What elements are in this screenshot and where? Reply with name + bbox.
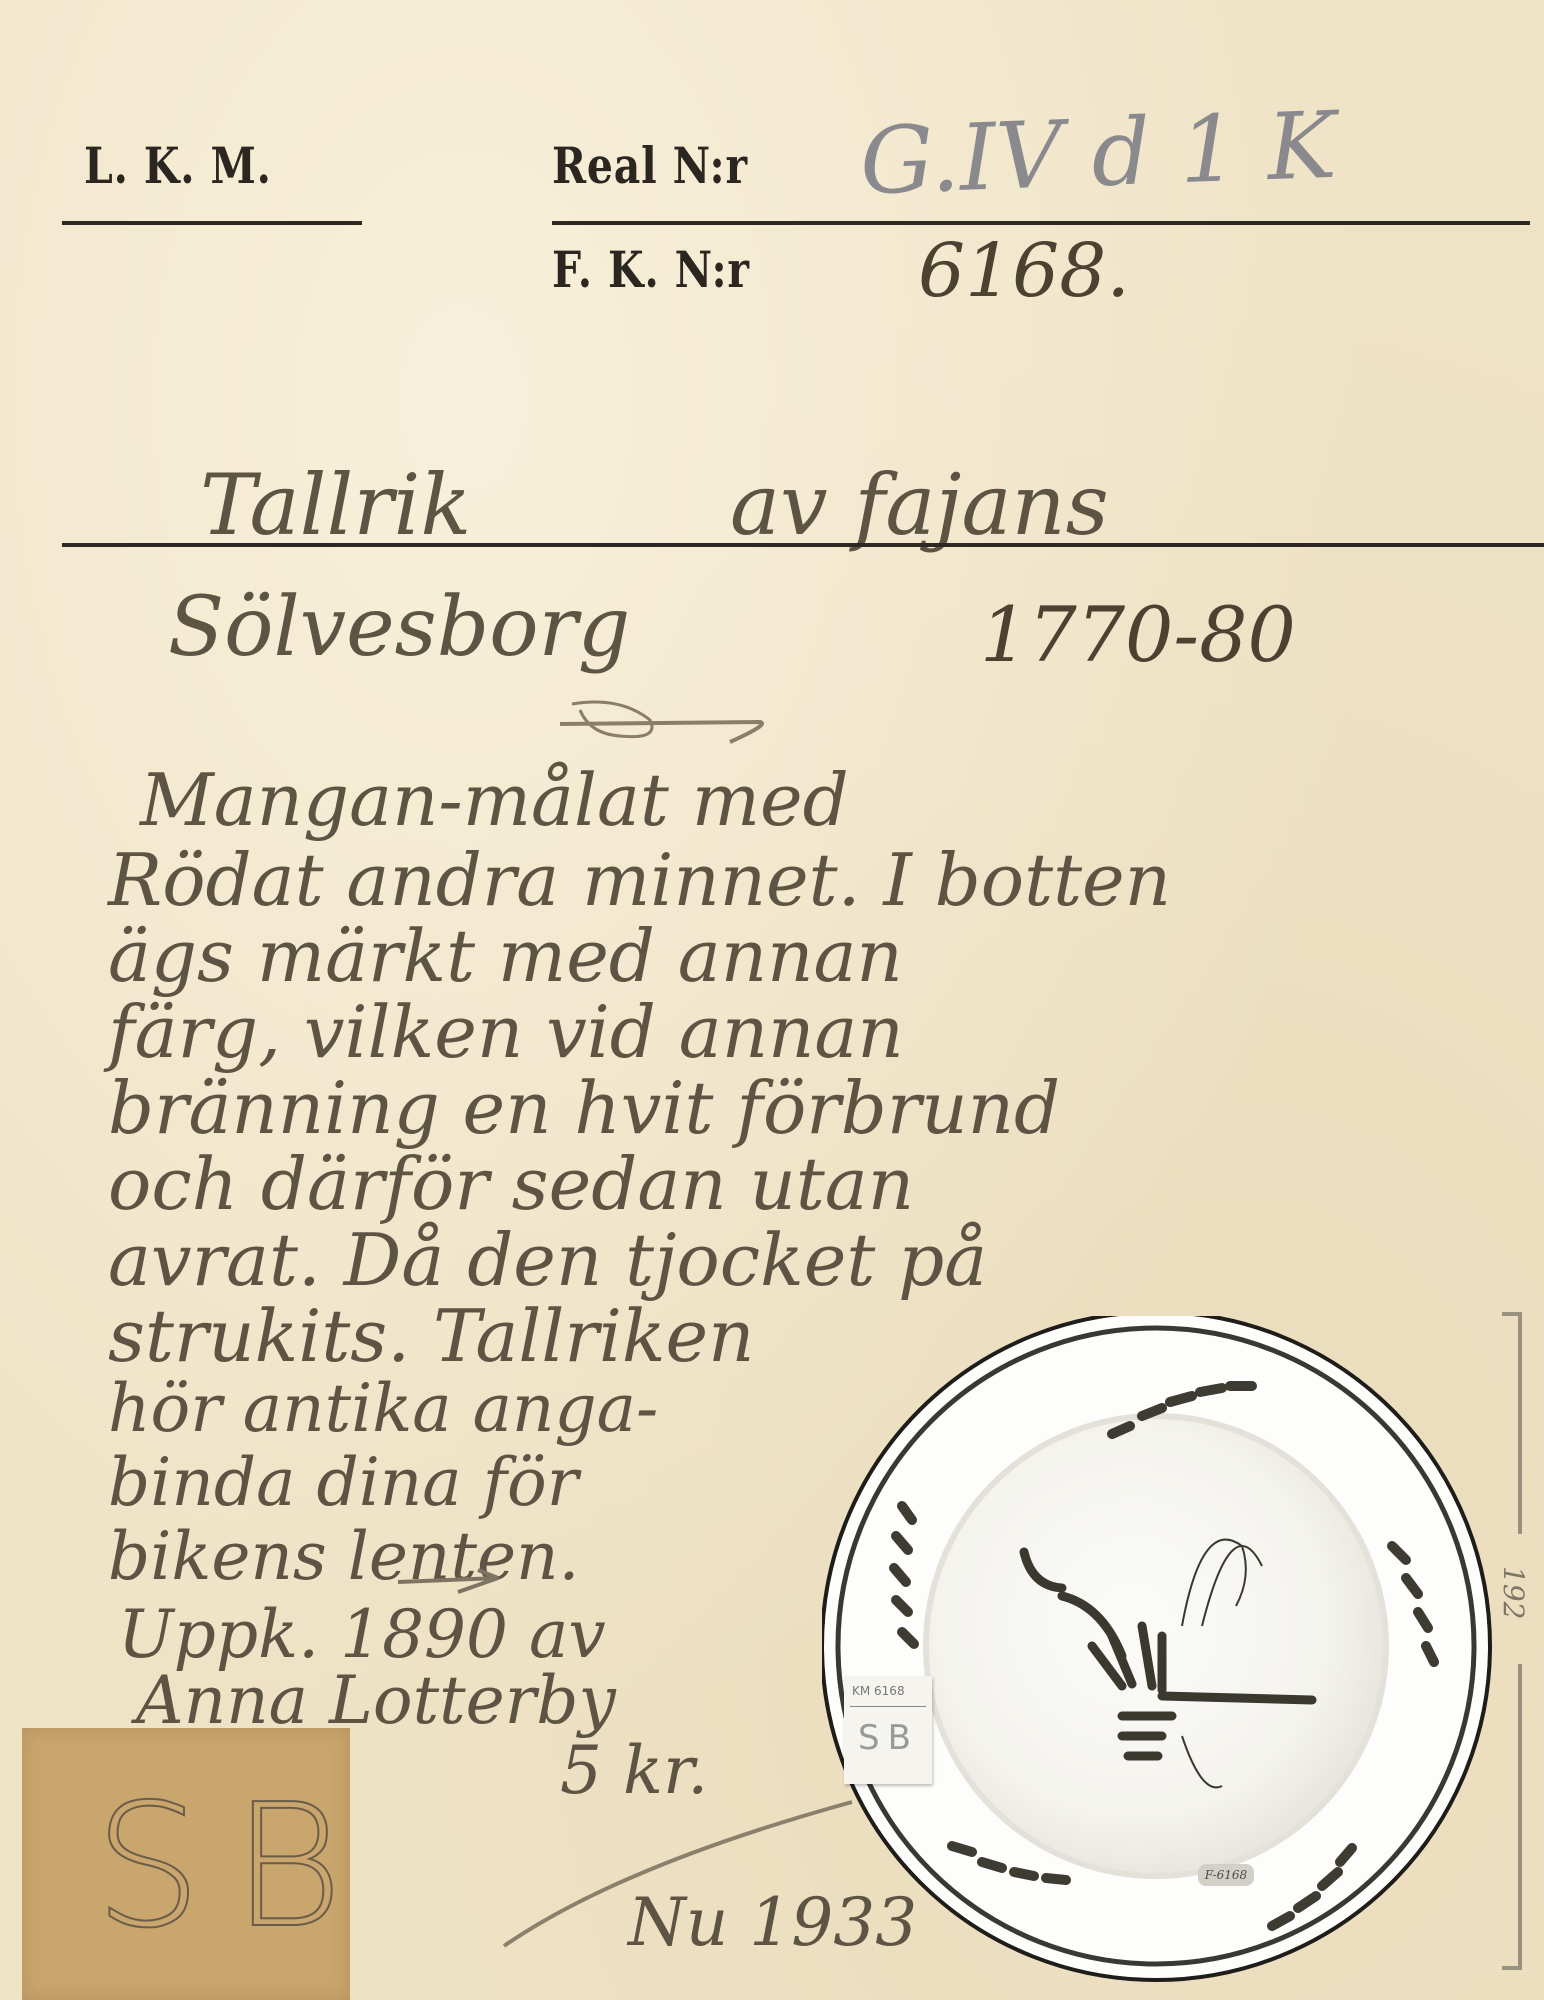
description-line: strukits. Tallriken — [108, 1294, 754, 1378]
institution-label: L. K. M. — [84, 136, 272, 195]
description-line: Rödat andra minnet. I botten — [108, 838, 1171, 922]
institution-rule — [62, 221, 362, 225]
plate-label-number: KM 6168 — [852, 1684, 905, 1698]
origin-place: Sölvesborg — [168, 580, 630, 675]
object-name: Tallrik — [200, 456, 471, 554]
real-nr-value: G.IV d 1 K — [858, 92, 1338, 216]
description-line: färg, vilken vid annan — [108, 990, 904, 1074]
description-line: binda dina för — [108, 1444, 578, 1521]
plate-label-divider — [850, 1706, 926, 1707]
plate-image — [822, 1316, 1522, 1996]
fk-nr-label: F. K. N:r — [552, 240, 750, 299]
description-line: ägs märkt med annan — [108, 914, 903, 998]
description-line: avrat. Då den tjocket på — [108, 1218, 987, 1302]
arrow-flourish-icon — [560, 690, 800, 750]
plate-label-initials: SB — [858, 1718, 919, 1758]
plate-number-label: KM 6168 SB — [844, 1676, 932, 1784]
object-material: av fajans — [730, 456, 1109, 554]
plate-photo: KM 6168 SB F-6168 — [822, 1316, 1522, 1996]
bracket-line — [1500, 1308, 1530, 1988]
real-nr-rule — [552, 221, 1530, 225]
dimension-bracket: 192 — [1500, 1308, 1530, 1988]
catalog-card: L. K. M. Real N:r G.IV d 1 K F. K. N:r 6… — [0, 0, 1544, 2000]
title-rule — [62, 543, 1544, 547]
description-line: Mangan-målat med — [140, 758, 849, 842]
initials-tag: SB — [22, 1728, 350, 2000]
description-line: och därför sedan utan — [108, 1142, 914, 1226]
fk-nr-value: 6168. — [918, 228, 1130, 314]
real-nr-label: Real N:r — [552, 136, 748, 195]
inventory-mark: F-6168 — [1198, 1864, 1254, 1886]
tag-initials: SB — [94, 1768, 373, 1966]
dimension-value: 192 — [1500, 1566, 1530, 1646]
description-line: bränning en hvit förbrund — [108, 1066, 1060, 1150]
description-line: hör antika anga- — [108, 1370, 658, 1447]
origin-date: 1770-80 — [980, 590, 1296, 679]
